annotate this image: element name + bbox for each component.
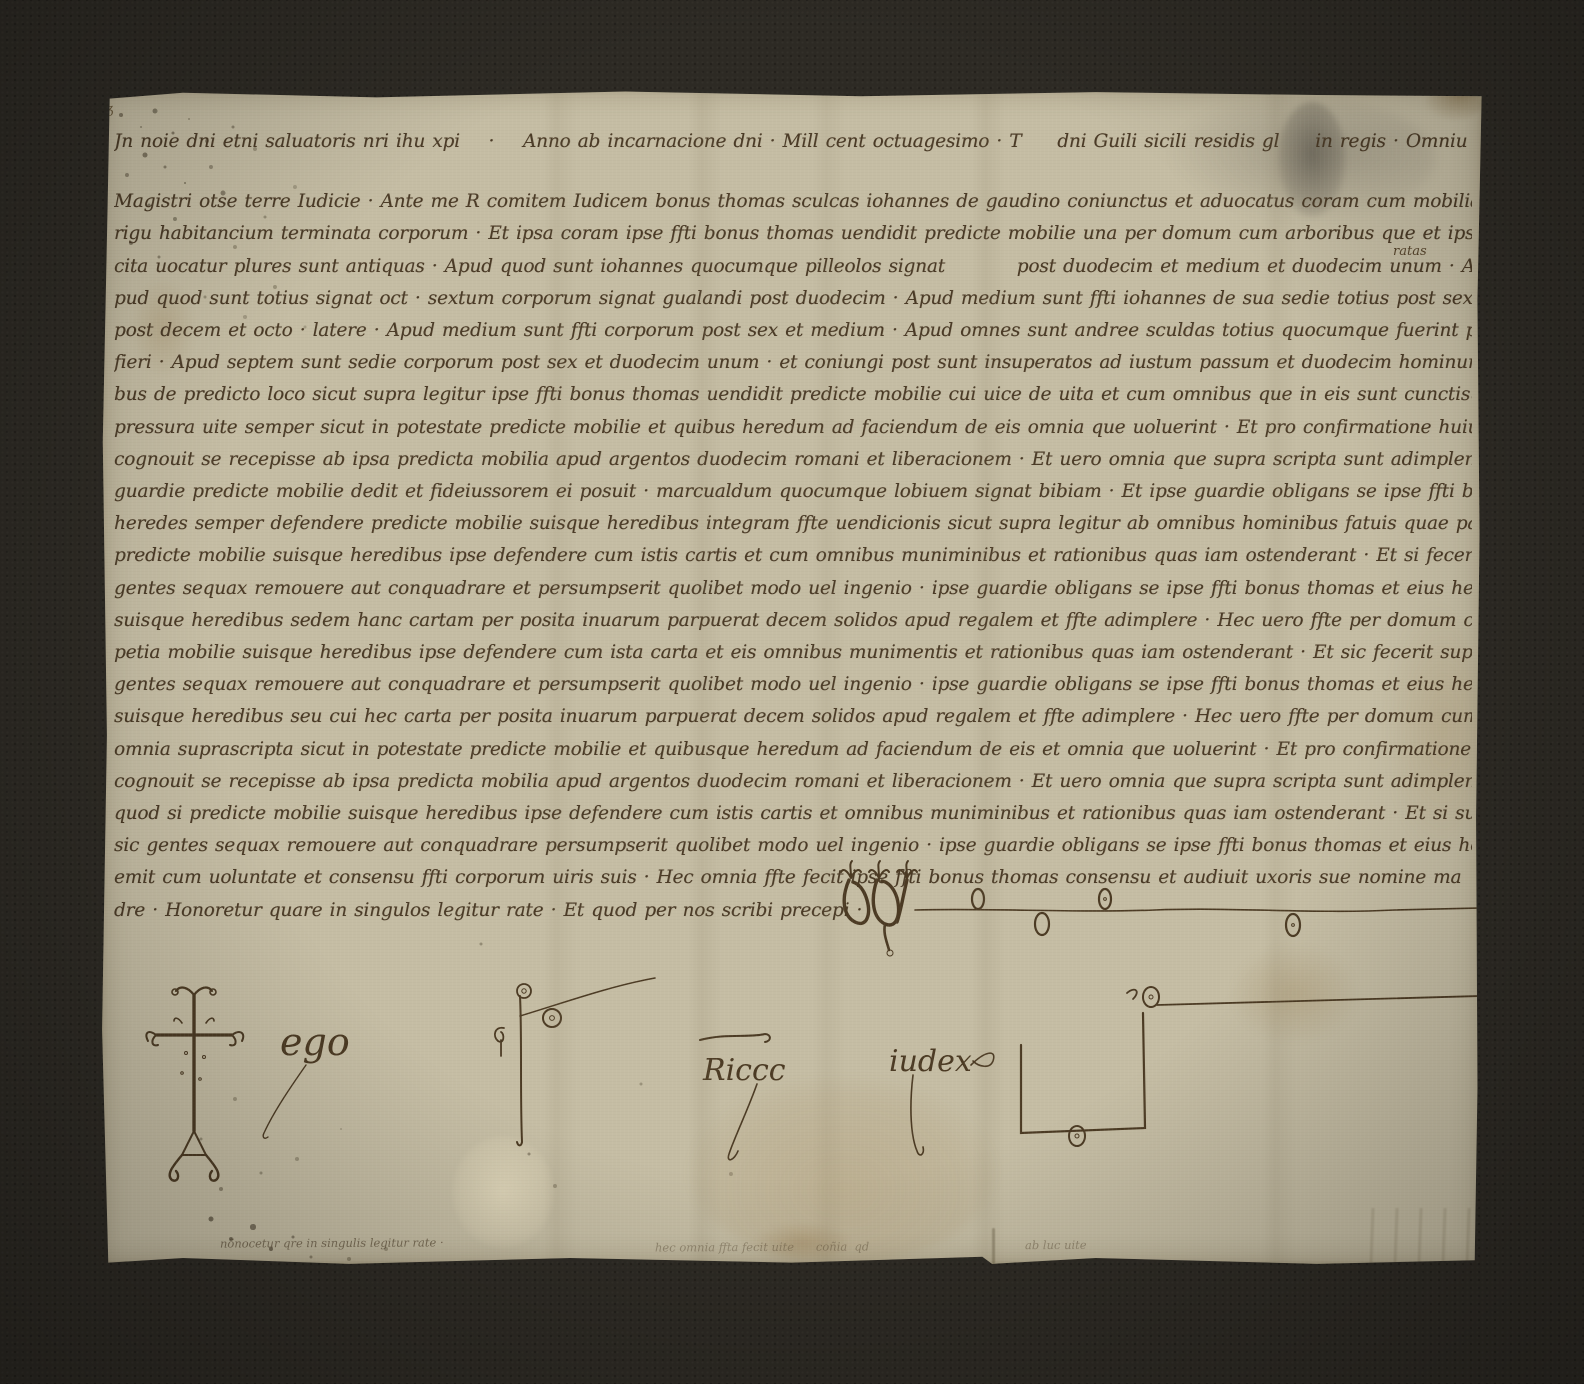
text-line: suisque heredibus sedem hanc cartam per …: [114, 605, 1472, 637]
text-line: bus de predicto loco sicut supra legitur…: [114, 379, 1472, 411]
subscription-line: [915, 888, 1480, 940]
ego-label: ego: [280, 1020, 350, 1064]
photograph: ʒ Jn noie dni etni saluatoris nri ihu xp…: [0, 0, 1584, 1384]
text-line: pud quod sunt totius signat oct · sextum…: [114, 283, 1472, 315]
parchment-charter: ʒ Jn noie dni etni saluatoris nri ihu xp…: [100, 88, 1483, 1265]
text-line: Magistri otse terre Iudicie · Ante me R …: [114, 186, 1472, 218]
text-line: quod si predicte mobilie suisque heredib…: [114, 798, 1472, 830]
text-line: cognouit se recepisse ab ipsa predicta m…: [114, 766, 1472, 798]
foot-note-right: ab luc uite: [1025, 1238, 1087, 1252]
judge-signature: Riccc: [695, 1028, 875, 1213]
text-line: pressura uite semper sicut in potestate …: [114, 412, 1472, 444]
ego-subscription: ego: [260, 1013, 440, 1203]
judge-title-label: iudex: [889, 1044, 972, 1079]
text-line: sic gentes sequax remouere aut conquadra…: [114, 830, 1472, 862]
notarial-monogram: [837, 858, 927, 958]
foot-note-left: nõnocetur qre in singulis legitur rate ·: [220, 1235, 444, 1250]
text-line: heredes semper defendere predicte mobili…: [114, 508, 1472, 540]
text-line: fieri · Apud septem sunt sedie corporum …: [114, 347, 1472, 379]
foot-note-center: hec omnia ffta fecit uite coñia qd: [655, 1239, 869, 1254]
text-line: cita uocatur plures sunt antiquas · Apud…: [114, 251, 1472, 283]
text-line: post decem et octo · latere · Apud mediu…: [114, 315, 1472, 347]
text-line: cognouit se recepisse ab ipsa predicta m…: [114, 444, 1472, 476]
corner-mark: ʒ: [105, 102, 114, 118]
signum-crucis: [142, 983, 252, 1198]
mold-speckles-top-left: [114, 96, 116, 98]
text-line: suisque heredibus seu cui hec carta per …: [114, 701, 1472, 733]
text-line: Jn noie dni etni saluatoris nri ihu xpi …: [114, 126, 1472, 158]
text-line: guardie predicte mobilie dedit et fideiu…: [114, 476, 1472, 508]
corner-discoloration: [1425, 88, 1483, 120]
notary-sign: [490, 976, 710, 1156]
notary-bracket-sign: [1005, 983, 1485, 1158]
superscript-note: ratas: [1393, 244, 1427, 259]
text-line: petia mobilie suisque heredibus ipse def…: [114, 637, 1472, 669]
text-line: rigu habitancium terminata corporum · Et…: [114, 218, 1472, 250]
charter-text: Jn noie dni etni saluatoris nri ihu xpi …: [114, 126, 1472, 927]
text-line: gentes sequax remouere aut conquadrare e…: [114, 573, 1472, 605]
judge-signature-label: Riccc: [702, 1053, 786, 1088]
text-line: omnia suprascripta sicut in potestate pr…: [114, 734, 1472, 766]
text-line: gentes sequax remouere aut conquadrare e…: [114, 669, 1472, 701]
crease-marks: [1355, 1208, 1555, 1348]
text-line: predicte mobilie suisque heredibus ipse …: [114, 540, 1472, 572]
